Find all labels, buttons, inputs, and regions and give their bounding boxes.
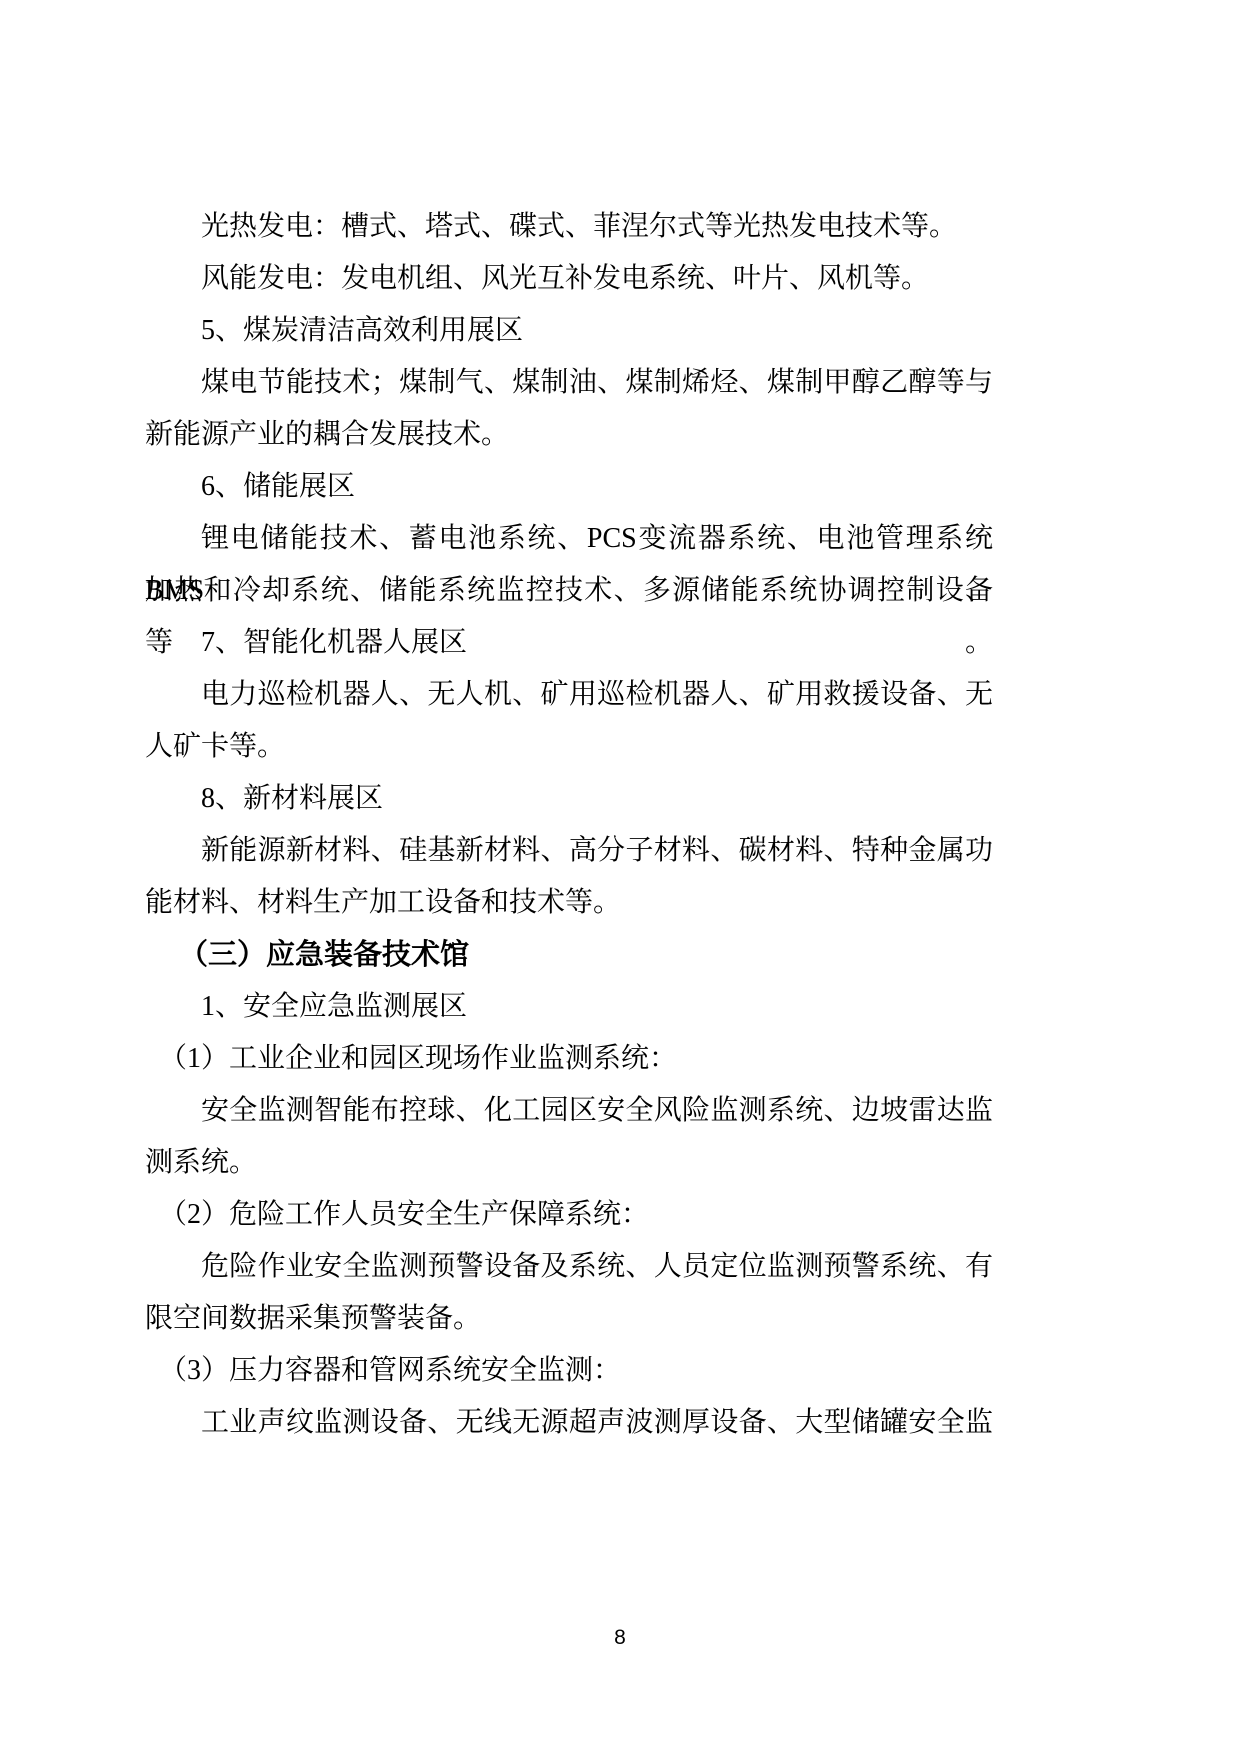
text-line-new-materials-cont: 能材料、材料生产加工设备和技术等。 [145, 877, 993, 929]
text-line-section6-title: 6、储能展区 [145, 461, 993, 513]
text-line-energy-storage: 锂电储能技术、蓄电池系统、PCS变流器系统、电池管理系统BMS、 [145, 513, 993, 565]
document-page: 光热发电：槽式、塔式、碟式、菲涅尔式等光热发电技术等。 风能发电：发电机组、风光… [0, 0, 1240, 1754]
text-line-energy-storage-cont: 加热和冷却系统、储能系统监控技术、多源储能系统协调控制设备等。 [145, 565, 993, 617]
text-line-item3-body: 工业声纹监测设备、无线无源超声波测厚设备、大型储罐安全监 [145, 1397, 993, 1449]
text-line-section5-title: 5、煤炭清洁高效利用展区 [145, 305, 993, 357]
text-line-coal-tech-cont: 新能源产业的耦合发展技术。 [145, 409, 993, 461]
text-line-item1-body-cont: 测系统。 [145, 1137, 993, 1189]
text-line-new-materials: 新能源新材料、硅基新材料、高分子材料、碳材料、特种金属功 [145, 825, 993, 877]
section-heading-emergency-hall: （三）应急装备技术馆 [145, 929, 993, 981]
text-line-coal-tech: 煤电节能技术；煤制气、煤制油、煤制烯烃、煤制甲醇乙醇等与 [145, 357, 993, 409]
text-line-item3-title: （3）压力容器和管网系统安全监测： [145, 1345, 993, 1397]
text-line-item1-title: （1）工业企业和园区现场作业监测系统： [145, 1033, 993, 1085]
text-line-item1-body: 安全监测智能布控球、化工园区安全风险监测系统、边坡雷达监 [145, 1085, 993, 1137]
text-line-section8-title: 8、新材料展区 [145, 773, 993, 825]
text-line-zone1-title: 1、安全应急监测展区 [145, 981, 993, 1033]
text-line-item2-body: 危险作业安全监测预警设备及系统、人员定位监测预警系统、有 [145, 1241, 993, 1293]
text-line-item2-body-cont: 限空间数据采集预警装备。 [145, 1293, 993, 1345]
text-line-solar-thermal: 光热发电：槽式、塔式、碟式、菲涅尔式等光热发电技术等。 [145, 201, 993, 253]
text-line-item2-title: （2）危险工作人员安全生产保障系统： [145, 1189, 993, 1241]
page-number: 8 [0, 1626, 1240, 1650]
text-line-robots: 电力巡检机器人、无人机、矿用巡检机器人、矿用救援设备、无 [145, 669, 993, 721]
text-line-robots-cont: 人矿卡等。 [145, 721, 993, 773]
document-body: 光热发电：槽式、塔式、碟式、菲涅尔式等光热发电技术等。 风能发电：发电机组、风光… [145, 201, 993, 1449]
text-line-wind-power: 风能发电：发电机组、风光互补发电系统、叶片、风机等。 [145, 253, 993, 305]
